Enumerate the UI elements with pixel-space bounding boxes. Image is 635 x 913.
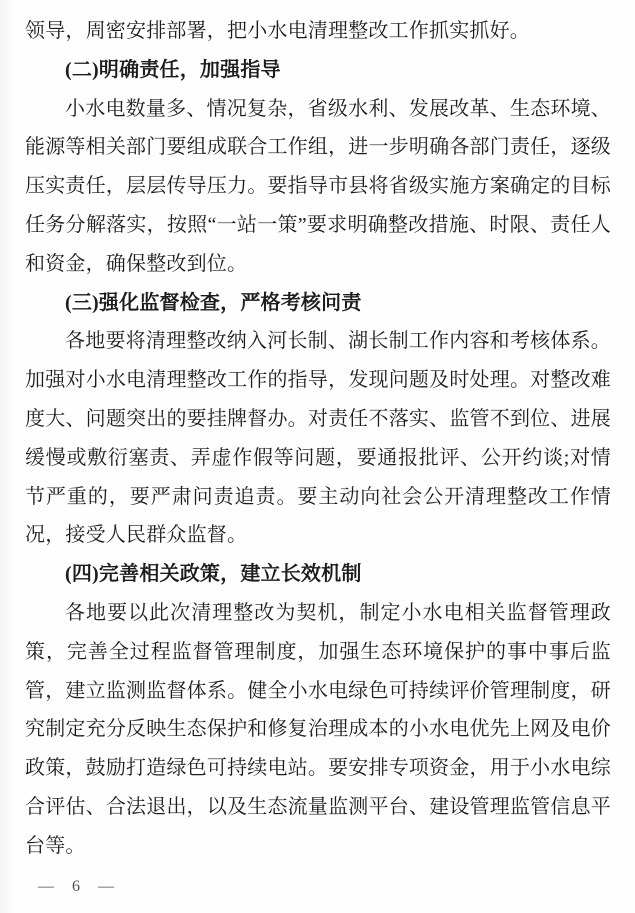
section-heading-3: (三)强化监督检查，严格考核问责 xyxy=(25,284,611,323)
document-body: 领导，周密安排部署，把小水电清理整改工作抓实抓好。 (二)明确责任，加强指导 小… xyxy=(25,12,611,866)
continuation-paragraph: 领导，周密安排部署，把小水电清理整改工作抓实抓好。 xyxy=(25,12,611,51)
section-heading-2: (二)明确责任，加强指导 xyxy=(25,51,611,90)
section-2-paragraph: 小水电数量多、情况复杂，省级水利、发展改革、生态环境、能源等相关部门要组成联合工… xyxy=(25,90,611,284)
page-number: — 6 — xyxy=(38,878,115,896)
section-3-paragraph: 各地要将清理整改纳入河长制、湖长制工作内容和考核体系。加强对小水电清理整改工作的… xyxy=(25,322,611,555)
document-page: 领导，周密安排部署，把小水电清理整改工作抓实抓好。 (二)明确责任，加强指导 小… xyxy=(0,0,635,913)
section-heading-4: (四)完善相关政策，建立长效机制 xyxy=(25,555,611,594)
section-4-paragraph: 各地要以此次清理整改为契机，制定小水电相关监督管理政策，完善全过程监督管理制度，… xyxy=(25,594,611,866)
